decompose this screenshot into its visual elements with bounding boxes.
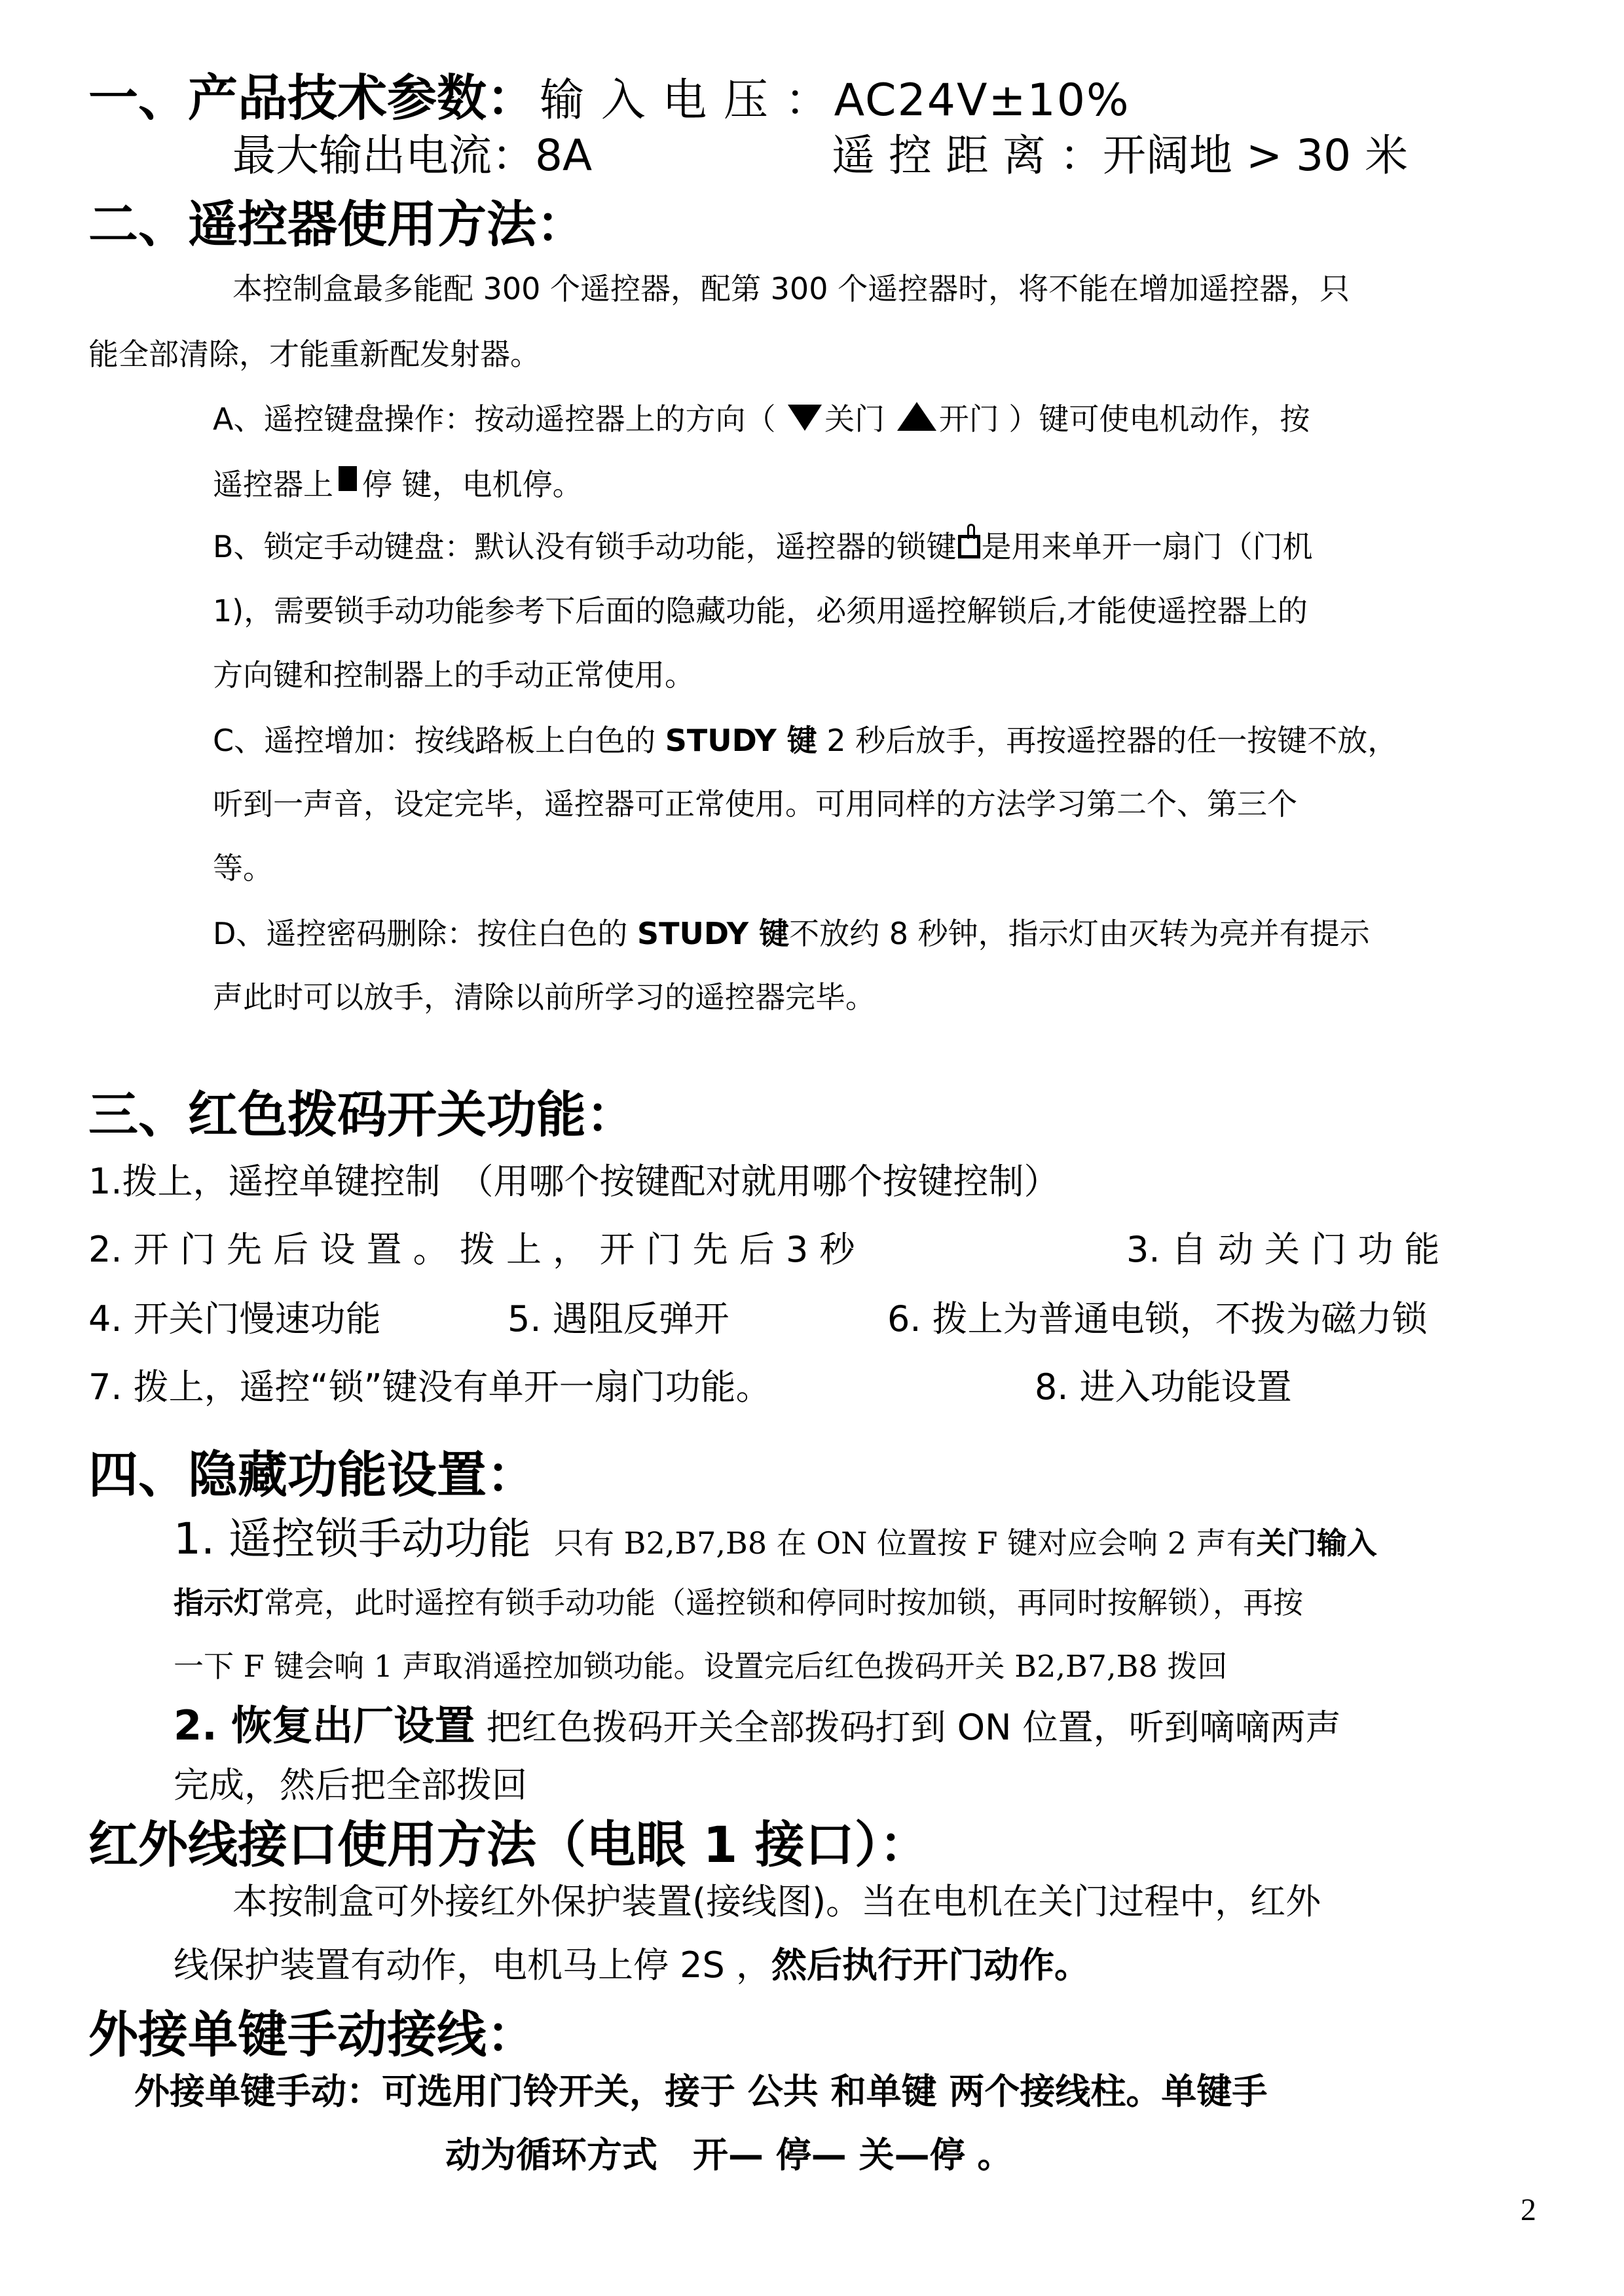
page-number: 2 bbox=[1521, 2195, 1536, 2226]
close-door-label: 关门 bbox=[824, 401, 895, 437]
hidden-f1-bold: 关门输入 bbox=[1257, 1525, 1377, 1561]
item-B-line3: 方向键和控制器上的手动正常使用。 bbox=[213, 660, 695, 690]
infrared-text: 线保护装置有动作，电机马上停 2S ， bbox=[174, 1944, 771, 1986]
triangle-down-icon bbox=[788, 405, 822, 431]
dip-item-2: 2. 开 门 先 后 设 置 。 拨 上 ， 开 门 先 后 3 秒 bbox=[88, 1232, 855, 1267]
item-A-line1: A、遥控键盘操作：按动遥控器上的方向（ 关门 开门 ）键可使电机动作，按 bbox=[213, 402, 1310, 434]
dip-item-5: 5. 遇阻反弹开 bbox=[507, 1302, 729, 1337]
section5-heading: 红外线接口使用方法（电眼 1 接口）： bbox=[88, 1820, 929, 1870]
indicator-light-label: 指示灯 bbox=[174, 1585, 264, 1620]
dip-item-4: 4. 开关门慢速功能 bbox=[88, 1302, 381, 1337]
item-A-line2: 遥控器上停 键，电机停。 bbox=[213, 466, 583, 500]
dip-item-6: 6. 拨上为普通电锁，不拨为磁力锁 bbox=[887, 1302, 1428, 1337]
section2-intro-line1: 本控制盒最多能配 300 个遥控器，配第 300 个遥控器时，将不能在增加遥控器… bbox=[232, 274, 1350, 304]
stop-key-label: 停 键，电机停。 bbox=[362, 467, 583, 502]
item-D-text-b: 不放约 8 秒钟，指示灯由灭转为亮并有提示 bbox=[789, 916, 1370, 951]
remote-distance-label: 遥 控 距 离 ： bbox=[832, 130, 1103, 181]
item-C-text: C、遥控增加：按线路板上白色的 bbox=[213, 723, 665, 758]
spec-line-distance: 遥 控 距 离 ：开阔地 > 30 米 bbox=[832, 134, 1408, 177]
hidden-f1-text2: 常亮，此时遥控有锁手动功能（遥控锁和停同时按加锁，再同时按解锁），再按 bbox=[264, 1585, 1303, 1620]
infrared-line1: 本按制盒可外接红外保护装置(接线图)。当在电机在关门过程中，红外 bbox=[232, 1884, 1321, 1920]
triangle-up-icon bbox=[897, 402, 936, 431]
study-key-label: STUDY 键 bbox=[637, 916, 789, 951]
hidden-f2-line1: 2. 恢复出厂设置 把红色拨码开关全部拨码打到 ON 位置，听到嘀嘀两声 bbox=[174, 1705, 1341, 1746]
hidden-f1-title: 1. 遥控锁手动功能 bbox=[174, 1514, 531, 1564]
section2-heading: 二、遥控器使用方法： bbox=[88, 200, 586, 249]
max-current-label: 最大输出电流： bbox=[232, 130, 535, 181]
input-voltage-label: 输 入 电 压 ： bbox=[540, 75, 830, 126]
item-C-line2: 听到一声音，设定完毕，遥控器可正常使用。可用同样的方法学习第二个、第三个 bbox=[213, 789, 1297, 819]
hidden-f1-line1: 1. 遥控锁手动功能 只有 B2,B7,B8 在 ON 位置按 F 键对应会响 … bbox=[174, 1518, 1377, 1561]
item-D-line1: D、遥控密码删除：按住白色的 STUDY 键不放约 8 秒钟，指示灯由灭转为亮并… bbox=[213, 919, 1370, 949]
hidden-f1-line2: 指示灯常亮，此时遥控有锁手动功能（遥控锁和停同时按加锁，再同时按解锁），再按 bbox=[174, 1588, 1303, 1618]
item-A-text2: 遥控器上 bbox=[213, 467, 333, 502]
item-C-text-b: 2 秒后放手，再按遥控器的任一按键不放， bbox=[817, 723, 1398, 758]
item-C-line3: 等。 bbox=[213, 853, 273, 883]
study-key-label: STUDY 键 bbox=[665, 723, 817, 758]
spec-line-voltage: 一、产品技术参数： 输 入 电 压 ： AC24V±10% bbox=[88, 73, 1130, 123]
section1-heading: 一、产品技术参数： bbox=[88, 69, 536, 127]
item-B-line2: 1)，需要锁手动功能参考下后面的隐藏功能，必须用遥控解锁后,才能使遥控器上的 bbox=[213, 596, 1308, 626]
item-B-text: B、锁定手动键盘：默认没有锁手动功能，遥控器的锁键 bbox=[213, 529, 957, 564]
item-B-line1: B、锁定手动键盘：默认没有锁手动功能，遥控器的锁键是用来单开一扇门（门机 bbox=[213, 532, 1313, 562]
stop-square-icon bbox=[339, 466, 357, 491]
section3-heading: 三、红色拨码开关功能： bbox=[88, 1090, 636, 1140]
single-key-line1: 外接单键手动：可选用门铃开关，接于 公共 和单键 两个接线柱。单键手 bbox=[134, 2074, 1267, 2109]
hidden-f2-text: 把红色拨码开关全部拨码打到 ON 位置，听到嘀嘀两声 bbox=[475, 1707, 1340, 1748]
dip-item-3: 3. 自 动 关 门 功 能 bbox=[1126, 1232, 1440, 1267]
dip-item-8: 8. 进入功能设置 bbox=[1035, 1370, 1292, 1405]
max-current-value: 8A bbox=[535, 130, 592, 181]
section6-heading: 外接单键手动接线： bbox=[88, 2010, 536, 2060]
hidden-f1-text: 只有 B2,B7,B8 在 ON 位置按 F 键对应会响 2 声有 bbox=[554, 1525, 1257, 1561]
hidden-f1-line3: 一下 F 键会响 1 声取消遥控加锁功能。设置完后红色拨码开关 B2,B7,B8… bbox=[174, 1651, 1227, 1681]
section2-intro-line2: 能全部清除，才能重新配发射器。 bbox=[88, 339, 540, 369]
input-voltage-value: AC24V±10% bbox=[834, 75, 1130, 126]
open-door-label: 开门 ）键可使电机动作，按 bbox=[939, 401, 1310, 437]
item-C-line1: C、遥控增加：按线路板上白色的 STUDY 键 2 秒后放手，再按遥控器的任一按… bbox=[213, 725, 1397, 756]
infrared-bold: 然后执行开门动作。 bbox=[771, 1944, 1090, 1986]
dip-item-1: 1.拨上，遥控单键控制 （用哪个按键配对就用哪个按键控制） bbox=[88, 1164, 1060, 1199]
spec-line-current: 最大输出电流：8A bbox=[232, 134, 592, 177]
item-D-text: D、遥控密码删除：按住白色的 bbox=[213, 916, 637, 951]
dip-item-7: 7. 拨上，遥控“锁”键没有单开一扇门功能。 bbox=[88, 1370, 771, 1405]
hidden-f2-line2: 完成，然后把全部拨回 bbox=[174, 1768, 527, 1803]
single-key-line2: 动为循环方式 开— 停— 关—停 。 bbox=[445, 2138, 1012, 2173]
item-B-text-b: 是用来单开一扇门（门机 bbox=[982, 529, 1313, 564]
section4-heading: 四、隐藏功能设置： bbox=[88, 1450, 536, 1500]
hidden-f2-title: 2. 恢复出厂设置 bbox=[174, 1702, 475, 1749]
infrared-line2: 线保护装置有动作，电机马上停 2S ，然后执行开门动作。 bbox=[174, 1948, 1090, 1983]
item-A-text: A、遥控键盘操作：按动遥控器上的方向（ bbox=[213, 401, 785, 437]
item-D-line2: 声此时可以放手，清除以前所学习的遥控器完毕。 bbox=[213, 982, 876, 1012]
remote-distance-value: 开阔地 > 30 米 bbox=[1103, 130, 1408, 181]
lock-icon bbox=[958, 535, 980, 558]
